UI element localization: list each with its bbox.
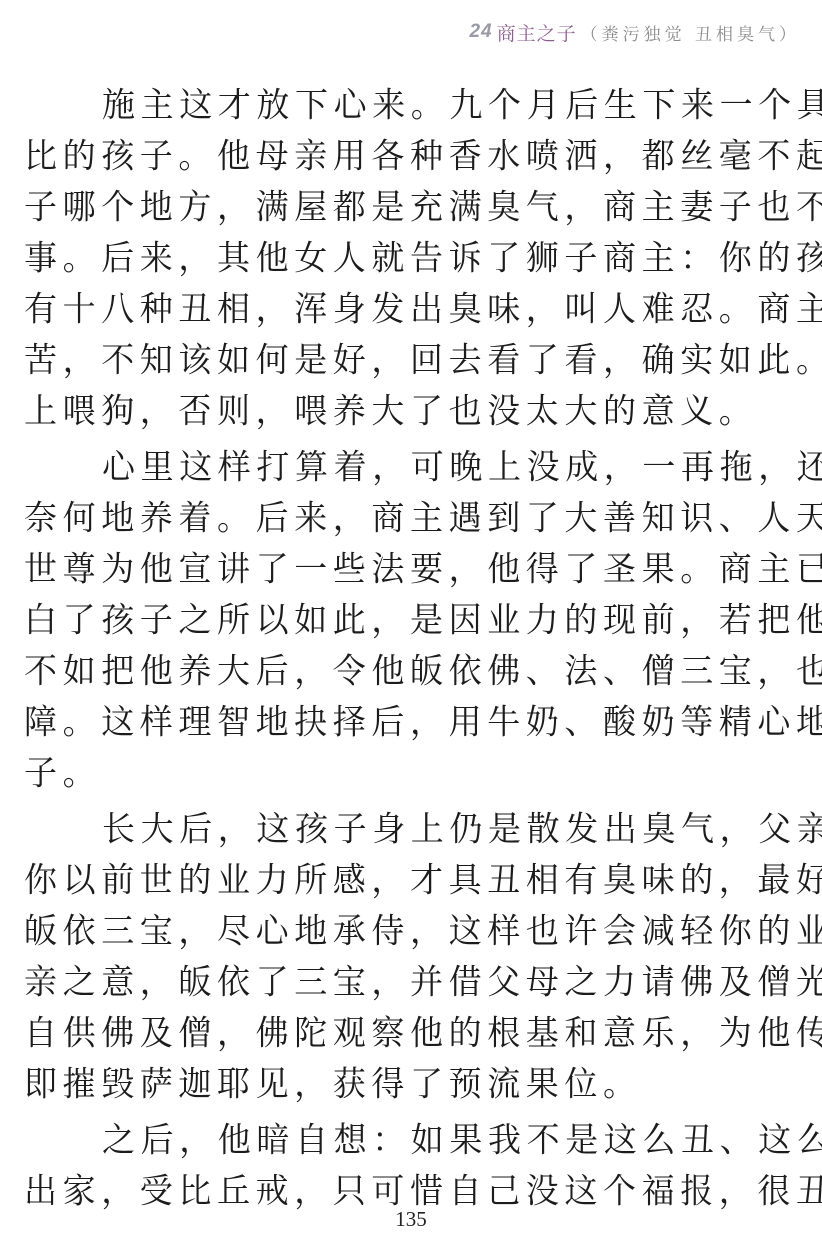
chapter-subtitle: （粪污独觉 丑相臭气） — [581, 20, 800, 45]
text-line: 事。后来，其他女人就告诉了狮子商主：你的孩子已生下来，他具 — [24, 234, 814, 287]
book-page: 24 商主之子 （粪污独觉 丑相臭气） 施主这才放下心来。九个月后生下来一个具十… — [0, 0, 822, 1245]
text-line: 亲之意，皈依了三宝，并借父母之力请佛及僧光临家中应供，他亲 — [24, 958, 814, 1011]
text-line: 世尊为他宣讲了一些法要，他得了圣果。商主已不再害众生，也明 — [24, 545, 814, 598]
text-line: 之后，他暗自想：如果我不是这么丑、这么臭，我就可以随佛 — [24, 1116, 814, 1169]
text-line: 比的孩子。他母亲用各种香水喷洒，都丝毫不起作用，不管放在屋 — [24, 132, 814, 185]
running-header: 24 商主之子 （粪污独觉 丑相臭气） — [469, 19, 800, 45]
text-line: 自供佛及僧，佛陀观察他的根基和意乐，为他传了相应的法，他立 — [24, 1009, 814, 1062]
body-text: 施主这才放下心来。九个月后生下来一个具十八丑相、其臭无 比的孩子。他母亲用各种香… — [24, 82, 814, 1219]
text-line: 子哪个地方，满屋都是充满臭气，商主妻子也不敢对商主言及此 — [24, 183, 814, 236]
text-line: 不如把他养大后，令他皈依佛、法、僧三宝，也可能会清净他的业 — [24, 647, 814, 700]
text-line: 障。这样理智地抉择后，用牛奶、酸奶等精心地喂养照料着这个孩 — [24, 698, 814, 751]
chapter-title: 商主之子 — [497, 19, 577, 46]
text-line: 上喂狗，否则，喂养大了也没太大的意义。 — [24, 387, 814, 440]
chapter-number: 24 — [469, 21, 492, 43]
text-line: 苦，不知该如何是好，回去看了看，确实如此。就打算将这孩子晚 — [24, 336, 814, 389]
text-line: 长大后，这孩子身上仍是散发出臭气，父亲对他说：「孩子， — [24, 805, 814, 858]
text-line: 即摧毁萨迦耶见，获得了预流果位。 — [24, 1060, 814, 1113]
text-line: 心里这样打算着，可晚上没成，一再拖，还是喂不成，就无可 — [24, 443, 814, 496]
page-number: 135 — [0, 1207, 822, 1232]
text-line: 有十八种丑相，浑身发出臭味，叫人难忍。商主闻此，心中非常痛 — [24, 285, 814, 338]
text-line: 奈何地养着。后来，商主遇到了大善知识、人天导师释迦牟尼佛， — [24, 494, 814, 547]
text-line: 白了孩子之所以如此，是因业力的现前，若把他喂狗，太不应理， — [24, 596, 814, 649]
text-line: 子。 — [24, 749, 814, 802]
text-line: 施主这才放下心来。九个月后生下来一个具十八丑相、其臭无 — [24, 81, 814, 134]
text-line: 你以前世的业力所感，才具丑相有臭味的，最好你去释迦牟尼佛前 — [24, 856, 814, 909]
text-line: 皈依三宝，尽心地承侍，这样也许会减轻你的业障的。」他顺从父 — [24, 907, 814, 960]
